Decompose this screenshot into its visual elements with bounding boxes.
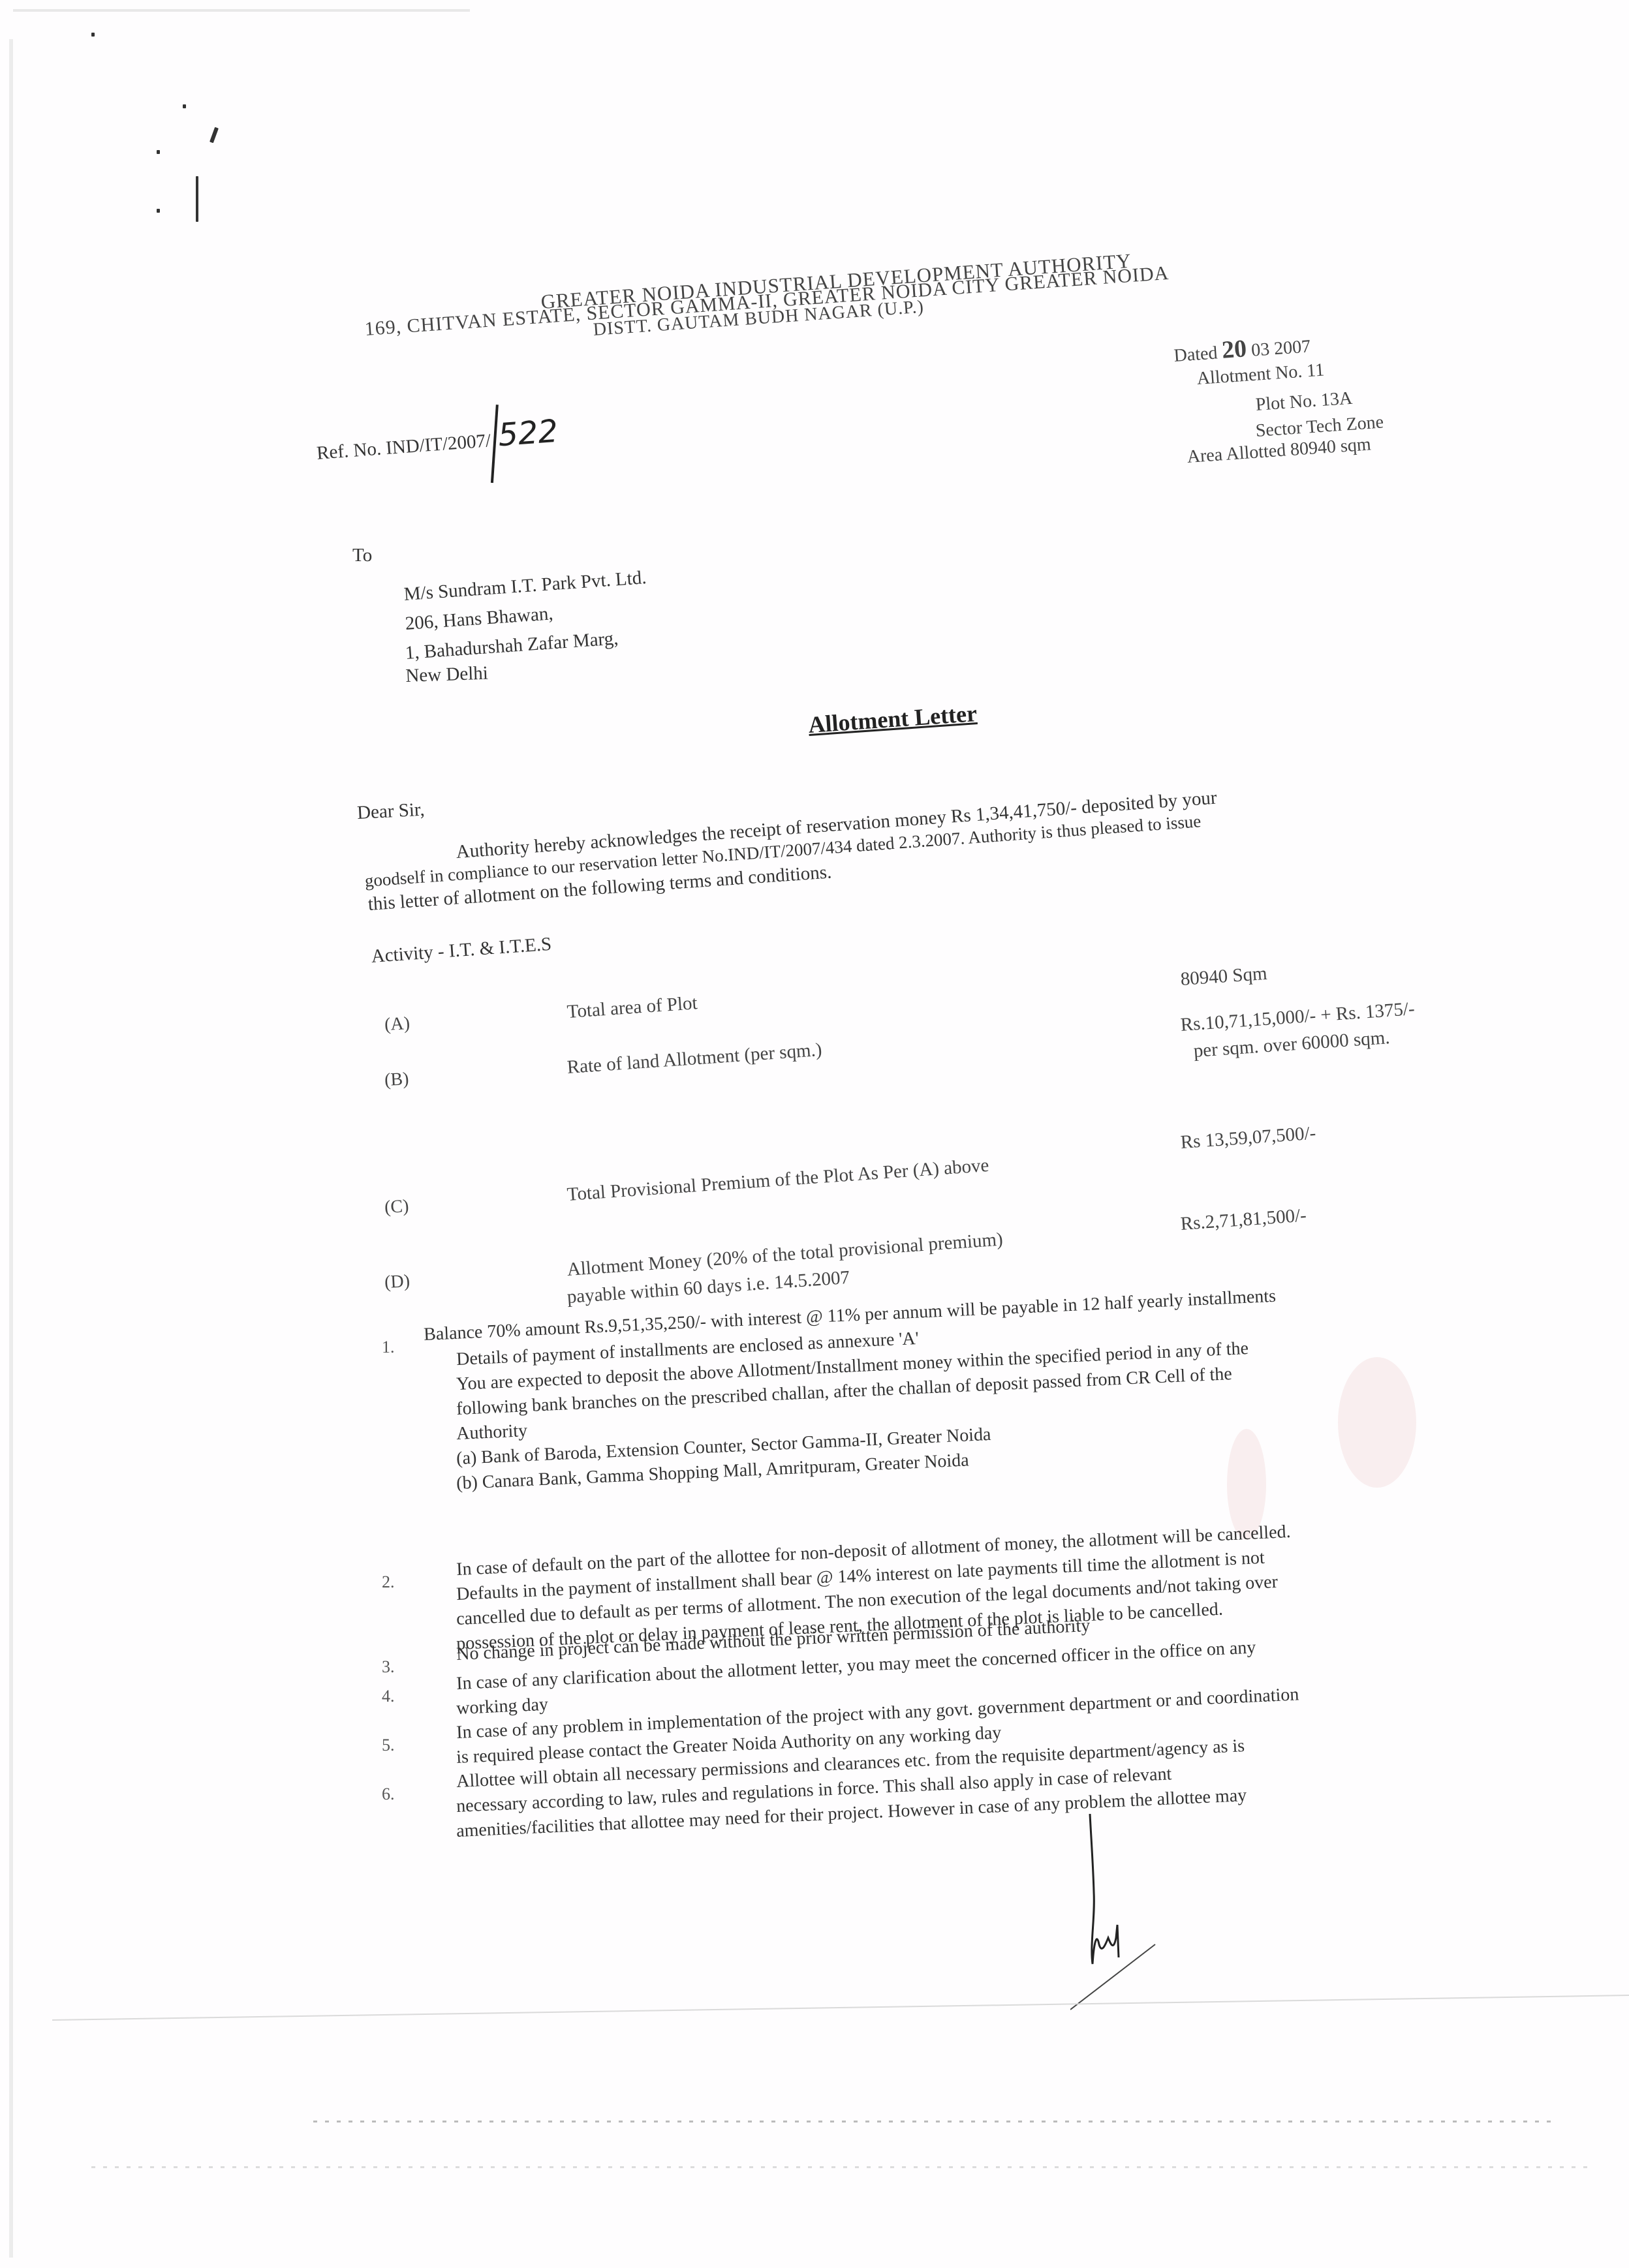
dated-rest: 03 2007	[1250, 336, 1311, 360]
clause-number: 6.	[382, 1785, 395, 1804]
signature	[1070, 1814, 1266, 2023]
document-title: Allotment Letter	[807, 699, 978, 739]
clause-number: 5.	[382, 1736, 395, 1755]
term-label: (B)	[384, 1069, 409, 1091]
handwritten-slash	[491, 405, 499, 483]
term-value: Rs.2,71,81,500/-	[1180, 1205, 1307, 1235]
page-fold-line	[52, 1995, 1629, 2021]
term-description: Rate of land Allotment (per sqm.)	[566, 1039, 823, 1079]
scan-edge-top	[13, 9, 470, 12]
clause-number: 3.	[382, 1657, 395, 1677]
term-description: Total Provisional Premium of the Plot As…	[566, 1155, 990, 1206]
addressee-line-3: 1, Bahadurshah Zafar Marg,	[405, 628, 619, 664]
dated-day: 20	[1221, 335, 1248, 364]
scan-noise-row	[91, 2166, 1592, 2168]
addressee-line-4: New Delhi	[405, 663, 489, 687]
plot-number: Plot No. 13A	[1255, 388, 1353, 416]
scan-noise-row	[313, 2121, 1553, 2122]
to-label: To	[352, 545, 372, 566]
scan-smudge	[1338, 1357, 1416, 1488]
clause-number: 1.	[382, 1338, 395, 1357]
term-label: (C)	[384, 1196, 409, 1218]
salutation: Dear Sir,	[356, 799, 425, 824]
term-value: Rs 13,59,07,500/-	[1180, 1123, 1317, 1154]
term-value: 80940 Sqm	[1180, 963, 1268, 990]
scan-specks	[91, 65, 241, 235]
clause-number: 4.	[382, 1687, 395, 1706]
ref-no-handwritten: 522	[497, 413, 559, 454]
dated-label: Dated	[1173, 343, 1218, 366]
term-label: (A)	[384, 1013, 410, 1035]
addressee-line-2: 206, Hans Bhawan,	[405, 603, 554, 635]
reference-number: Ref. No. IND/IT/2007/522	[314, 400, 561, 496]
clause-line: working day	[456, 1694, 549, 1719]
addressee-line-1: M/s Sundram I.T. Park Pvt. Ltd.	[403, 567, 647, 605]
ref-no-label: Ref. No. IND/IT/2007/	[316, 430, 491, 463]
term-description: Total area of Plot	[566, 992, 698, 1023]
scan-edge-left	[9, 39, 13, 2258]
activity: Activity - I.T. & I.T.E.S	[371, 934, 552, 968]
term-label: (D)	[384, 1271, 410, 1293]
clause-number: 2.	[382, 1572, 395, 1592]
scanned-page: GREATER NOIDA INDUSTRIAL DEVELOPMENT AUT…	[0, 0, 1629, 2268]
clause-line: Authority	[456, 1420, 528, 1445]
